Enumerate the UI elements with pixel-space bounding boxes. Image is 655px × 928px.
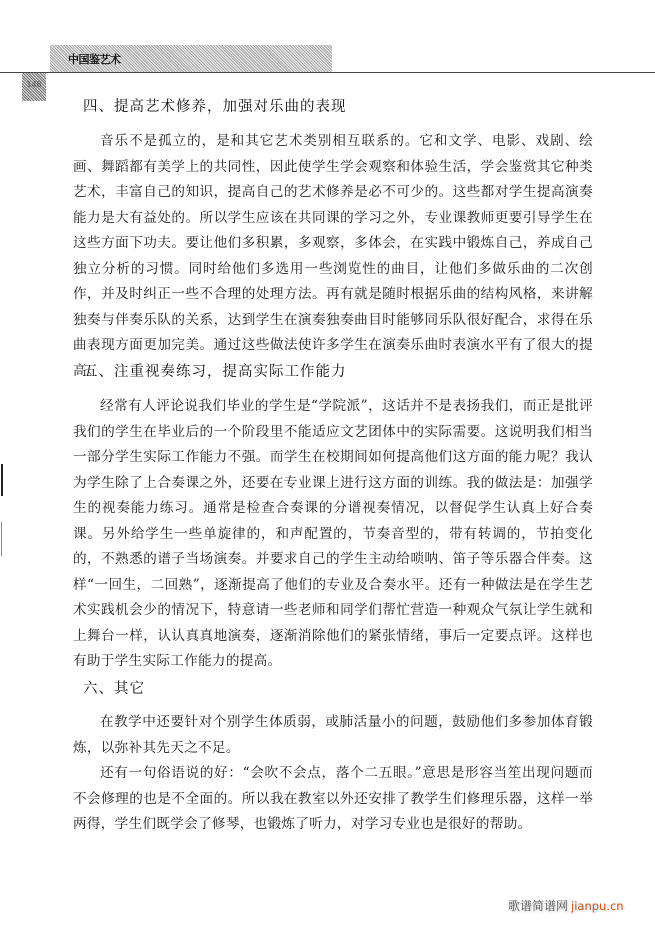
watermark-domain: jianpu.cn [571, 899, 624, 913]
page-number: 148 [24, 80, 44, 89]
scan-artifact-mark [1, 464, 3, 496]
section-six: 六、其它 在教学中还要针对个别学生体质弱，或肺活量小的问题，鼓励他们多参加体育锻… [73, 677, 593, 838]
section-heading: 四、提高艺术修养，加强对乐曲的表现 [83, 95, 593, 116]
body-paragraph: 在教学中还要针对个别学生体质弱，或肺活量小的问题，鼓励他们多参加体育锻炼，以弥补… [73, 710, 593, 761]
body-paragraph: 还有一句俗语说的好：“会吹不会点，落个二五眼。”意思是形容当笙出现问题而不会修理… [73, 761, 593, 838]
site-watermark: 歌谱简谱网jianpu.cn [508, 897, 624, 914]
scan-artifact-mark [1, 522, 2, 556]
body-paragraph: 音乐不是孤立的，是和其它艺术类别相互联系的。它和文学、电影、戏剧、绘画、舞蹈都有… [73, 129, 593, 384]
running-header-title: 中国鉴艺术 [68, 51, 121, 67]
header-divider [0, 72, 655, 73]
section-heading: 六、其它 [83, 677, 593, 698]
section-five: 五、注重视奏练习，提高实际工作能力 经常有人评论说我们毕业的学生是“学院派”，这… [73, 360, 593, 675]
body-paragraph: 经常有人评论说我们毕业的学生是“学院派”，这话并不是表扬我们，而正是批评我们的学… [73, 394, 593, 675]
watermark-site-name: 歌谱简谱网 [508, 899, 568, 913]
section-four: 四、提高艺术修养，加强对乐曲的表现 音乐不是孤立的，是和其它艺术类别相互联系的。… [73, 95, 593, 384]
section-heading: 五、注重视奏练习，提高实际工作能力 [83, 360, 593, 381]
